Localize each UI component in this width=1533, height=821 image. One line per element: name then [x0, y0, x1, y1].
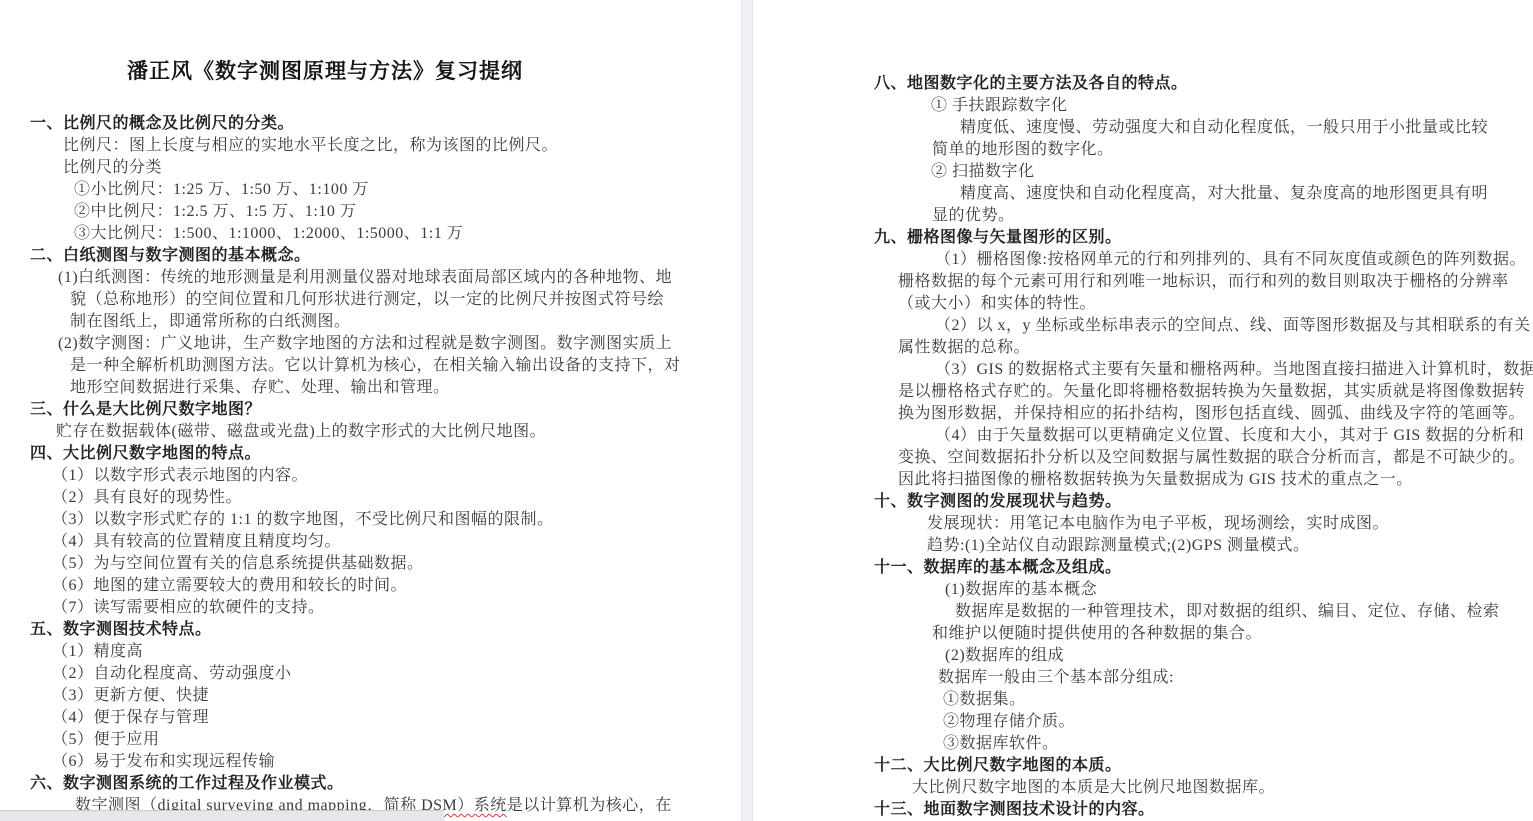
text-line: 栅格数据的每个元素可用行和列唯一地标识，而行和列的数目则取决于栅格的分辨率 — [753, 271, 1533, 293]
text-line: 数据库一般由三个基本部分组成: — [753, 667, 1533, 689]
text-line: 因此将扫描图像的栅格数据转换为矢量数据成为 GIS 技术的重点之一。 — [753, 469, 1533, 491]
text-line: 是以栅格格式存贮的。矢量化即将栅格数据转换为矢量数据，其实质就是将图像数据转 — [753, 381, 1533, 403]
text-line: 趋势:(1)全站仪自动跟踪测量模式;(2)GPS 测量模式。 — [753, 535, 1533, 557]
text-line: 属性数据的总称。 — [753, 337, 1533, 359]
text-line: （4）由于矢量数据可以更精确定义位置、长度和大小，其对于 GIS 数据的分析和 — [753, 425, 1533, 447]
text-line: （2）具有良好的现势性。 — [0, 487, 741, 509]
text-line: （5）为与空间位置有关的信息系统提供基础数据。 — [0, 553, 741, 575]
section-heading: 五、数字测图技术特点。 — [0, 619, 741, 641]
text-line: （或大小）和实体的特性。 — [753, 293, 1533, 315]
text-line: 貌（总称地形）的空间位置和几何形状进行测定，以一定的比例尺并按图式符号绘 — [0, 289, 741, 311]
text-line: ①数据集。 — [753, 689, 1533, 711]
section-heading: 六、数字测图系统的工作过程及作业模式。 — [0, 773, 741, 795]
text-line: ② 扫描数字化 — [753, 161, 1533, 183]
text-line: （1）精度高 — [0, 641, 741, 663]
text-line: 变换、空间数据拓扑分析以及空间数据与属性数据的联合分析而言，都是不可缺少的。 — [753, 447, 1533, 469]
text-line: （2）自动化程度高、劳动强度小 — [0, 663, 741, 685]
text-line: 大比例尺数字地图的本质是大比例尺地图数据库。 — [753, 777, 1533, 799]
text-line: （1）以数字形式表示地图的内容。 — [0, 465, 741, 487]
text-line: （1）栅格图像:按格网单元的行和列排列的、具有不同灰度值或颜色的阵列数据。 — [753, 249, 1533, 271]
text-line: ③大比例尺：1:500、1:1000、1:2000、1:5000、1:1 万 — [0, 223, 741, 245]
text-line: 和维护以便随时提供使用的各种数据的集合。 — [753, 623, 1533, 645]
page-gap-divider — [741, 0, 753, 821]
page-1: 潘正风《数字测图原理与方法》复习提纲 一、比例尺的概念及比例尺的分类。比例尺：图… — [0, 0, 741, 821]
text-line: 精度低、速度慢、劳动强度大和自动化程度低，一般只用于小批量或比较 — [753, 117, 1533, 139]
section-heading: 十一、数据库的基本概念及组成。 — [753, 557, 1533, 579]
section-heading: 一、比例尺的概念及比例尺的分类。 — [0, 113, 741, 135]
section-heading: 三、什么是大比例尺数字地图？ — [0, 399, 741, 421]
section-heading: 八、地图数字化的主要方法及各自的特点。 — [753, 73, 1533, 95]
text-line: （4）具有较高的位置精度且精度均匀。 — [0, 531, 741, 553]
page-1-content: 一、比例尺的概念及比例尺的分类。比例尺：图上长度与相应的实地水平长度之比，称为该… — [0, 113, 741, 817]
text-line: (1)白纸测图：传统的地形测量是利用测量仪器对地球表面局部区域内的各种地物、地 — [0, 267, 741, 289]
text-line: （6）易于发布和实现远程传输 — [0, 751, 741, 773]
section-heading: 十三、地面数字测图技术设计的内容。 — [753, 799, 1533, 821]
page-2-content: 八、地图数字化的主要方法及各自的特点。① 手扶跟踪数字化精度低、速度慢、劳动强度… — [753, 0, 1533, 821]
text-line: （3）更新方便、快捷 — [0, 685, 741, 707]
text-line: （3）GIS 的数据格式主要有矢量和栅格两种。当地图直接扫描进入计算机时，数据 — [753, 359, 1533, 381]
text-line: （7）读写需要相应的软硬件的支持。 — [0, 597, 741, 619]
text-line: 数据库是数据的一种管理技术，即对数据的组织、编目、定位、存储、检索 — [753, 601, 1533, 623]
text-line: （5）便于应用 — [0, 729, 741, 751]
page-bottom-edge — [0, 810, 444, 821]
text-line: （6）地图的建立需要较大的费用和较长的时间。 — [0, 575, 741, 597]
text-segment: 是以计算机为核心，在 — [507, 797, 672, 814]
text-line: 贮存在数据载体(磁带、磁盘或光盘)上的数字形式的大比例尺地图。 — [0, 421, 741, 443]
pdf-two-page-view: 潘正风《数字测图原理与方法》复习提纲 一、比例尺的概念及比例尺的分类。比例尺：图… — [0, 0, 1533, 821]
text-line: (2)数字测图：广义地讲，生产数字地图的方法和过程就是数字测图。数字测图实质上 — [0, 333, 741, 355]
text-line: ②物理存储介质。 — [753, 711, 1533, 733]
text-line: (2)数据库的组成 — [753, 645, 1533, 667]
text-line: 比例尺的分类 — [0, 157, 741, 179]
text-line: 换为图形数据，并保持相应的拓扑结构，图形包括直线、圆弧、曲线及字符的笔画等。 — [753, 403, 1533, 425]
page-2: 八、地图数字化的主要方法及各自的特点。① 手扶跟踪数字化精度低、速度慢、劳动强度… — [753, 0, 1533, 821]
section-heading: 十、数字测图的发展现状与趋势。 — [753, 491, 1533, 513]
text-line: （3）以数字形式贮存的 1:1 的数字地图，不受比例尺和图幅的限制。 — [0, 509, 741, 531]
text-line: 地形空间数据进行采集、存贮、处理、输出和管理。 — [0, 377, 741, 399]
text-line: ③数据库软件。 — [753, 733, 1533, 755]
text-line: 比例尺：图上长度与相应的实地水平长度之比，称为该图的比例尺。 — [0, 135, 741, 157]
text-line: 发展现状：用笔记本电脑作为电子平板，现场测绘，实时成图。 — [753, 513, 1533, 535]
text-line: 显的优势。 — [753, 205, 1533, 227]
text-line: (1)数据库的基本概念 — [753, 579, 1533, 601]
text-line: （4）便于保存与管理 — [0, 707, 741, 729]
section-heading: 四、大比例尺数字地图的特点。 — [0, 443, 741, 465]
text-line: 制在图纸上，即通常所称的白纸测图。 — [0, 311, 741, 333]
section-heading: 九、栅格图像与矢量图形的区别。 — [753, 227, 1533, 249]
text-line: ②中比例尺：1:2.5 万、1:5 万、1:10 万 — [0, 201, 741, 223]
text-line: 是一种全解析机助测图方法。它以计算机为核心，在相关输入输出设备的支持下，对 — [0, 355, 741, 377]
document-title: 潘正风《数字测图原理与方法》复习提纲 — [0, 56, 650, 86]
text-line: ① 手扶跟踪数字化 — [753, 95, 1533, 117]
section-heading: 二、白纸测图与数字测图的基本概念。 — [0, 245, 741, 267]
text-line: 简单的地形图的数字化。 — [753, 139, 1533, 161]
section-heading: 十二、大比例尺数字地图的本质。 — [753, 755, 1533, 777]
text-line: 精度高、速度快和自动化程度高，对大批量、复杂度高的地形图更具有明 — [753, 183, 1533, 205]
text-line: ①小比例尺：1:25 万、1:50 万、1:100 万 — [0, 179, 741, 201]
text-line: （2）以 x，y 坐标或坐标串表示的空间点、线、面等图形数据及与其相联系的有关 — [753, 315, 1533, 337]
